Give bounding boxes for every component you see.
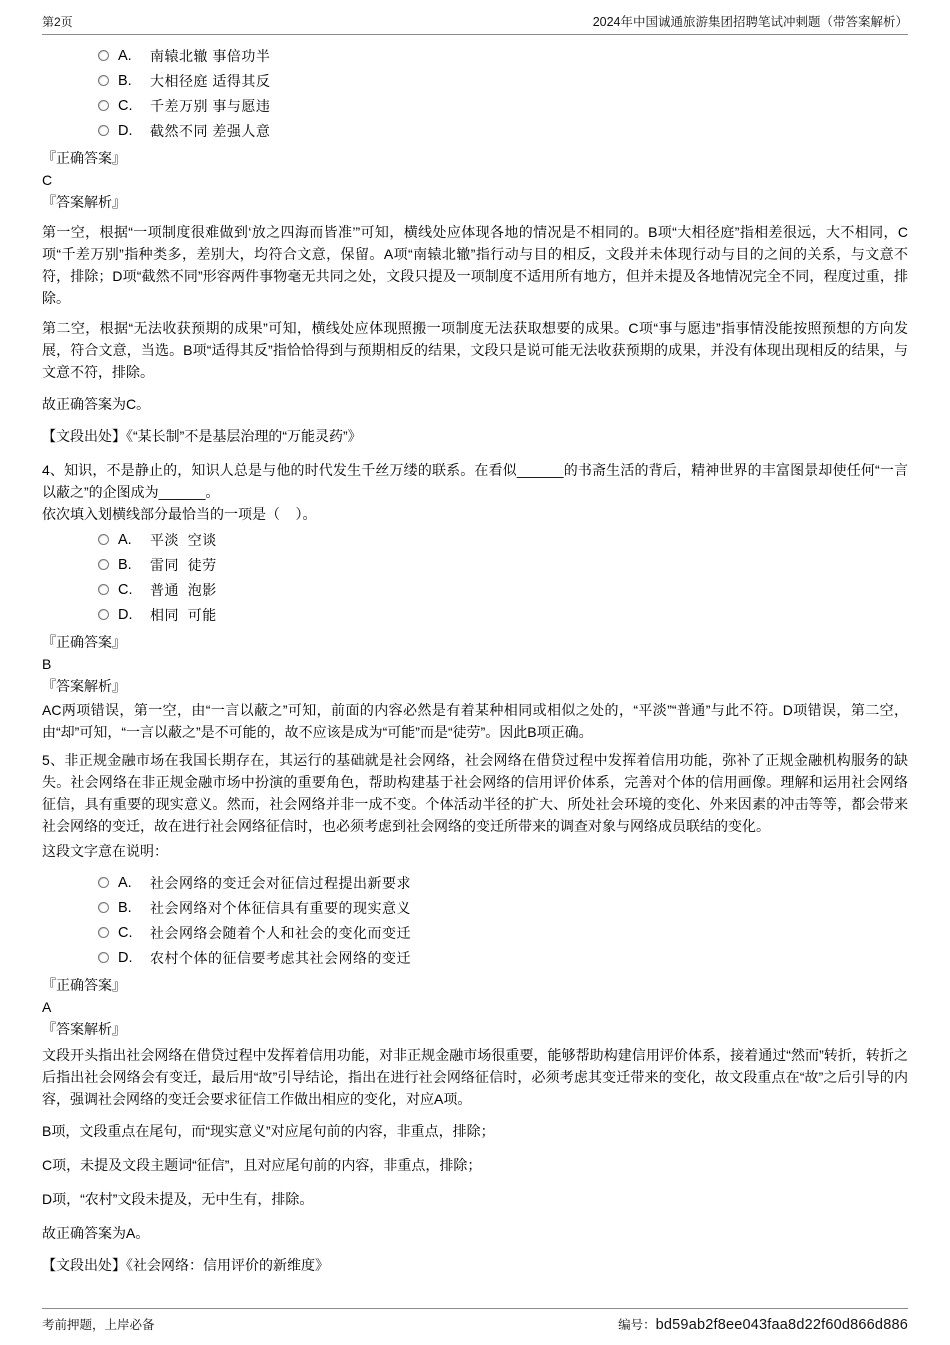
- option-text: 雷同 徒劳: [150, 554, 217, 576]
- correct-answer-label: 『正确答案』: [42, 147, 908, 169]
- option-text: 平淡 空谈: [150, 529, 217, 551]
- serial-label: 编号：: [618, 1318, 656, 1332]
- radio-unchecked-icon[interactable]: [98, 100, 109, 111]
- option-text: 截然不同 差强人意: [150, 120, 270, 142]
- option-row-q5-c[interactable]: C. 社会网络会随着个人和社会的变化而变迁: [98, 924, 908, 941]
- conclusion-q5: 故正确答案为A。: [42, 1222, 908, 1244]
- question5-options: A. 社会网络的变迁会对征信过程提出新要求 B. 社会网络对个体征信具有重要的现…: [42, 874, 908, 966]
- footer-tagline: 考前押题，上岸必备: [42, 1315, 155, 1333]
- option-letter: D.: [118, 947, 150, 969]
- source-reference-q3: 【文段出处】《“某长制”不是基层治理的“万能灵药”》: [42, 425, 908, 447]
- analysis-label: 『答案解析』: [42, 1018, 908, 1040]
- doc-title: 2024年中国诚通旅游集团招聘笔试冲刺题（带答案解析）: [593, 12, 908, 30]
- option-row-q3-a[interactable]: A. 南辕北辙 事倍功半: [98, 47, 908, 64]
- radio-unchecked-icon[interactable]: [98, 75, 109, 86]
- serial-value: bd59ab2f8ee043faa8d22f60d866d886: [656, 1317, 908, 1333]
- radio-unchecked-icon[interactable]: [98, 927, 109, 938]
- analysis-paragraph: 文段开头指出社会网络在借贷过程中发挥着信用功能，对非正规金融市场很重要，能够帮助…: [42, 1044, 908, 1110]
- option-text: 普通 泡影: [150, 579, 217, 601]
- option-letter: C.: [118, 922, 150, 944]
- answer-letter-q5: A: [42, 996, 908, 1018]
- option-row-q3-b[interactable]: B. 大相径庭 适得其反: [98, 72, 908, 89]
- option-letter: D.: [118, 604, 150, 626]
- answer-letter-q3: C: [42, 169, 908, 191]
- document-page: 第2页 2024年中国诚通旅游集团招聘笔试冲刺题（带答案解析） A. 南辕北辙 …: [0, 0, 950, 1345]
- rejection-c: C项，未提及文段主题词“征信”，且对应尾句前的内容，非重点，排除；: [42, 1154, 908, 1176]
- analysis-paragraph: AC两项错误，第一空，由“一言以蔽之”可知，前面的内容必然是有着某种相同或相似之…: [42, 699, 908, 743]
- option-row-q4-a[interactable]: A. 平淡 空谈: [98, 531, 908, 548]
- radio-unchecked-icon[interactable]: [98, 952, 109, 963]
- correct-answer-label: 『正确答案』: [42, 974, 908, 996]
- radio-unchecked-icon[interactable]: [98, 125, 109, 136]
- option-letter: A.: [118, 45, 150, 67]
- rejection-b: B项，文段重点在尾句，而“现实意义”对应尾句前的内容，非重点，排除；: [42, 1120, 908, 1142]
- option-text: 社会网络对个体征信具有重要的现实意义: [150, 897, 411, 919]
- option-text: 相同 可能: [150, 604, 217, 626]
- option-text: 南辕北辙 事倍功半: [150, 45, 270, 67]
- radio-unchecked-icon[interactable]: [98, 877, 109, 888]
- radio-unchecked-icon[interactable]: [98, 559, 109, 570]
- analysis-paragraph: 第一空，根据“一项制度很难做到‘放之四海而皆准’”可知，横线处应体现各地的情况是…: [42, 221, 908, 309]
- option-row-q5-b[interactable]: B. 社会网络对个体征信具有重要的现实意义: [98, 899, 908, 916]
- option-text: 大相径庭 适得其反: [150, 70, 270, 92]
- radio-unchecked-icon[interactable]: [98, 534, 109, 545]
- question5-prompt: 这段文字意在说明：: [42, 840, 908, 862]
- option-text: 社会网络的变迁会对征信过程提出新要求: [150, 872, 411, 894]
- radio-unchecked-icon[interactable]: [98, 609, 109, 620]
- question4-prompt: 依次填入划横线部分最恰当的一项是（ ）。: [42, 503, 908, 525]
- source-reference-q5: 【文段出处】《社会网络：信用评价的新维度》: [42, 1254, 908, 1276]
- option-row-q3-d[interactable]: D. 截然不同 差强人意: [98, 122, 908, 139]
- option-letter: B.: [118, 70, 150, 92]
- analysis-label: 『答案解析』: [42, 675, 908, 697]
- page-header: 第2页 2024年中国诚通旅游集团招聘笔试冲刺题（带答案解析）: [42, 0, 908, 35]
- rejection-d: D项，“农村”文段未提及，无中生有，排除。: [42, 1188, 908, 1210]
- question3-options: A. 南辕北辙 事倍功半 B. 大相径庭 适得其反 C. 千差万别 事与愿违 D…: [42, 47, 908, 139]
- question4-options: A. 平淡 空谈 B. 雷同 徒劳 C. 普通 泡影 D. 相同 可能: [42, 531, 908, 623]
- option-row-q4-b[interactable]: B. 雷同 徒劳: [98, 556, 908, 573]
- question5-stem: 5、非正规金融市场在我国长期存在，其运行的基础就是社会网络，社会网络在借贷过程中…: [42, 749, 908, 837]
- page-content: A. 南辕北辙 事倍功半 B. 大相径庭 适得其反 C. 千差万别 事与愿违 D…: [42, 35, 908, 1276]
- option-letter: C.: [118, 95, 150, 117]
- analysis-label: 『答案解析』: [42, 191, 908, 213]
- answer-letter-q4: B: [42, 653, 908, 675]
- option-letter: A.: [118, 529, 150, 551]
- option-text: 社会网络会随着个人和社会的变化而变迁: [150, 922, 411, 944]
- option-letter: B.: [118, 554, 150, 576]
- radio-unchecked-icon[interactable]: [98, 584, 109, 595]
- option-row-q5-d[interactable]: D. 农村个体的征信要考虑其社会网络的变迁: [98, 949, 908, 966]
- radio-unchecked-icon[interactable]: [98, 902, 109, 913]
- correct-answer-label: 『正确答案』: [42, 631, 908, 653]
- option-letter: A.: [118, 872, 150, 894]
- option-text: 农村个体的征信要考虑其社会网络的变迁: [150, 947, 411, 969]
- option-letter: C.: [118, 579, 150, 601]
- radio-unchecked-icon[interactable]: [98, 50, 109, 61]
- footer-serial: 编号：bd59ab2f8ee043faa8d22f60d866d886: [618, 1315, 908, 1333]
- option-row-q4-c[interactable]: C. 普通 泡影: [98, 581, 908, 598]
- analysis-paragraph: 第二空，根据“无法收获预期的成果”可知，横线处应体现照搬一项制度无法获取想要的成…: [42, 317, 908, 383]
- option-row-q4-d[interactable]: D. 相同 可能: [98, 606, 908, 623]
- page-number: 第2页: [42, 13, 73, 30]
- option-text: 千差万别 事与愿违: [150, 95, 270, 117]
- option-row-q5-a[interactable]: A. 社会网络的变迁会对征信过程提出新要求: [98, 874, 908, 891]
- option-letter: D.: [118, 120, 150, 142]
- option-row-q3-c[interactable]: C. 千差万别 事与愿违: [98, 97, 908, 114]
- option-letter: B.: [118, 897, 150, 919]
- page-footer: 考前押题，上岸必备 编号：bd59ab2f8ee043faa8d22f60d86…: [42, 1308, 908, 1333]
- question4-stem: 4、知识，不是静止的，知识人总是与他的时代发生千丝万缕的联系。在看似______…: [42, 459, 908, 503]
- conclusion-q3: 故正确答案为C。: [42, 393, 908, 415]
